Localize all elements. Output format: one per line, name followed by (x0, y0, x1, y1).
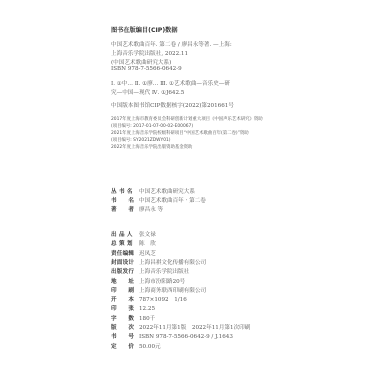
title-value: 中国艺术歌曲百年 · 第二卷 (139, 198, 206, 204)
title-label: 书 名 (111, 196, 139, 204)
cip-heading: 图书在版编目(CIP)数据 (111, 25, 178, 34)
sheets-row: 印 张12.25 (111, 304, 155, 312)
cip-line-isbn: ISBN 978-7-5566-0642-9 (111, 66, 182, 72)
distribution-row: 出版发行上海音乐学院出版社 (111, 267, 189, 275)
edition-row: 版 次2022年11月第1版 2022年11月第1次印刷 (111, 323, 250, 331)
series-label: 丛 书 名 (111, 187, 139, 195)
funding-line: 2017年度上海市教育委员会科研创新计划重大项目《中国声乐艺术研究》资助 (111, 116, 263, 122)
cip-classification-2: 究—中国—现代 Ⅳ. ①J642.5 (111, 88, 184, 96)
info-label: 开 本 (111, 295, 139, 303)
info-label: 封面设计 (111, 258, 139, 266)
info-label: 字 数 (111, 314, 139, 322)
publisher-row: 出 品 人张文禄 (111, 230, 156, 238)
info-label: 印 刷 (111, 286, 139, 294)
editor-row: 责任编辑迟凤芝 (111, 249, 156, 257)
format-row: 开 本787×1092 1/16 (111, 295, 187, 303)
funding-line: 2021年度上海音乐学院校级科研项目“中国艺术歌曲百年(第二卷)”资助 (111, 130, 249, 136)
info-value: 180千 (139, 316, 155, 322)
author-value: 廖昌永 等 (139, 207, 163, 213)
info-label: 定 价 (111, 342, 139, 350)
cip-line-series: (中国艺术歌曲研究大系) (111, 58, 171, 66)
info-label: 责任编辑 (111, 249, 139, 257)
info-value: 陈 欣 (139, 241, 156, 247)
cip-classification-1: Ⅰ. ①中… Ⅱ. ①廖… Ⅲ. ①艺术歌曲—音乐史—研 (111, 79, 230, 87)
info-value: 50.00元 (139, 344, 161, 350)
funding-line: (项目编号: 2017-01-07-00-02-E00067) (111, 123, 193, 129)
isbn-row: 书 号ISBN 978-7-5566-0642-9 / J.1643 (111, 332, 233, 340)
info-label: 版 次 (111, 323, 139, 331)
info-value: 2022年11月第1版 2022年11月第1次印刷 (139, 325, 250, 331)
title-row: 书 名中国艺术歌曲百年 · 第二卷 (111, 196, 206, 204)
cip-record-number: 中国版本图书馆CIP数据核字(2022)第201661号 (111, 101, 234, 109)
info-label: 出版发行 (111, 267, 139, 275)
info-value: 上海市汾阳路20号 (139, 279, 185, 285)
series-value: 中国艺术歌曲研究大系 (139, 189, 195, 195)
info-value: 迟凤芝 (139, 251, 156, 257)
author-label: 著 者 (111, 205, 139, 213)
price-row: 定 价50.00元 (111, 342, 161, 350)
info-value: 上海昌祺文化传播有限公司 (139, 260, 206, 266)
cip-line-title: 中国艺术歌曲百年. 第二卷 / 廖昌永等著. —上海: (111, 40, 232, 48)
cip-line-publisher: 上海音乐学院出版社, 2022.11 (111, 49, 188, 57)
author-row: 著 者廖昌永 等 (111, 205, 163, 213)
info-label: 印 张 (111, 304, 139, 312)
funding-line: (项目编号: SY2021ZDWY01) (111, 137, 171, 143)
info-label: 地 址 (111, 277, 139, 285)
address-row: 地 址上海市汾阳路20号 (111, 277, 185, 285)
series-row: 丛 书 名中国艺术歌曲研究大系 (111, 187, 195, 195)
info-label: 书 号 (111, 332, 139, 340)
info-value: 张文禄 (139, 232, 156, 238)
info-value: 上海商务联西印刷有限公司 (139, 288, 206, 294)
info-value: 12.25 (139, 306, 155, 312)
info-value: 上海音乐学院出版社 (139, 269, 189, 275)
funding-line: 2022年度上海音乐学院出版资助基金资助 (111, 144, 192, 150)
planner-row: 总 策 划陈 欣 (111, 239, 156, 247)
word-count-row: 字 数180千 (111, 314, 155, 322)
cover-design-row: 封面设计上海昌祺文化传播有限公司 (111, 258, 206, 266)
info-label: 总 策 划 (111, 239, 139, 247)
printer-row: 印 刷上海商务联西印刷有限公司 (111, 286, 206, 294)
info-label: 出 品 人 (111, 230, 139, 238)
info-value: ISBN 978-7-5566-0642-9 / J.1643 (139, 334, 233, 340)
info-value: 787×1092 1/16 (139, 297, 187, 303)
